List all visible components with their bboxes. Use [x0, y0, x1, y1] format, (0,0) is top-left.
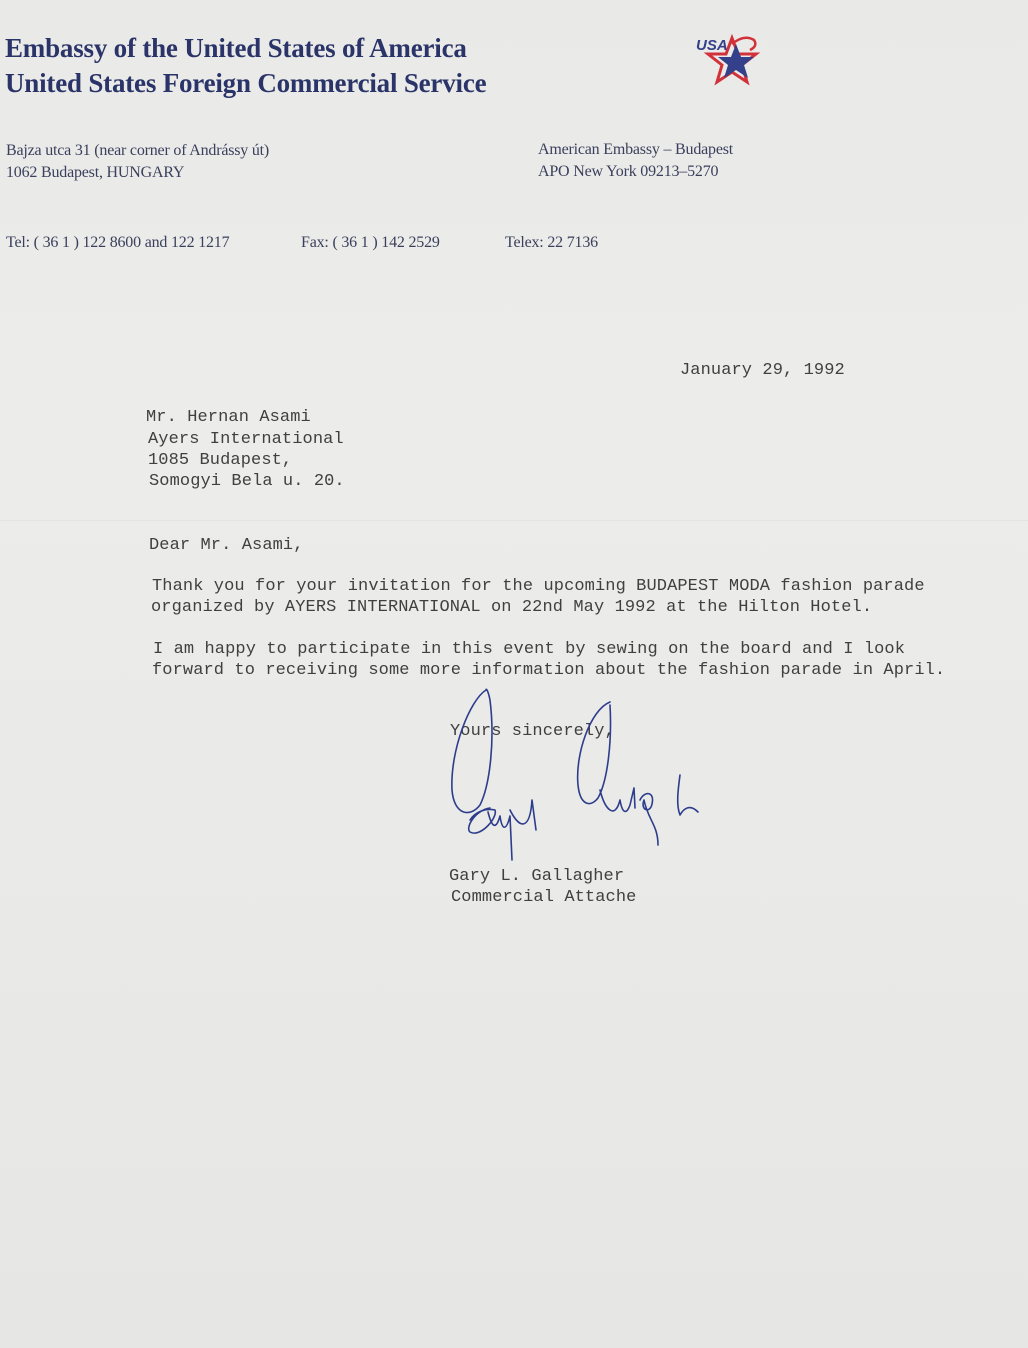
address-left-line2: 1062 Budapest, HUNGARY: [6, 164, 184, 182]
address-right-line1: American Embassy – Budapest: [538, 141, 733, 159]
paragraph2-line2: forward to receiving some more informati…: [152, 661, 945, 680]
salutation: Dear Mr. Asami,: [149, 536, 304, 555]
letterhead-title-embassy: Embassy of the United States of America: [5, 33, 467, 64]
paper-fold: [0, 520, 1028, 521]
letterhead-title-service: United States Foreign Commercial Service: [5, 68, 486, 99]
paragraph2-line1: I am happy to participate in this event …: [153, 640, 905, 659]
address-left-line1: Bajza utca 31 (near corner of Andrássy ú…: [6, 142, 269, 160]
star-logo-icon: USA: [692, 30, 772, 90]
recipient-street: Somogyi Bela u. 20.: [149, 472, 345, 491]
recipient-company: Ayers International: [148, 430, 344, 449]
letter-page: Embassy of the United States of America …: [0, 0, 1028, 1348]
paragraph1-line1: Thank you for your invitation for the up…: [152, 577, 925, 596]
logo-text: USA: [696, 37, 728, 54]
letter-date: January 29, 1992: [680, 361, 845, 380]
handwritten-signature: [440, 680, 730, 870]
address-right-line2: APO New York 09213–5270: [538, 163, 718, 181]
signer-name: Gary L. Gallagher: [449, 867, 624, 886]
usa-star-logo: USA: [692, 30, 772, 90]
signer-title: Commercial Attache: [451, 888, 636, 907]
fax: Fax: ( 36 1 ) 142 2529: [301, 234, 440, 252]
paragraph1-line2: organized by AYERS INTERNATIONAL on 22nd…: [151, 598, 872, 617]
telephone: Tel: ( 36 1 ) 122 8600 and 122 1217: [6, 234, 229, 252]
telex: Telex: 22 7136: [505, 234, 598, 252]
recipient-name: Mr. Hernan Asami: [146, 408, 311, 427]
recipient-city: 1085 Budapest,: [148, 451, 292, 470]
